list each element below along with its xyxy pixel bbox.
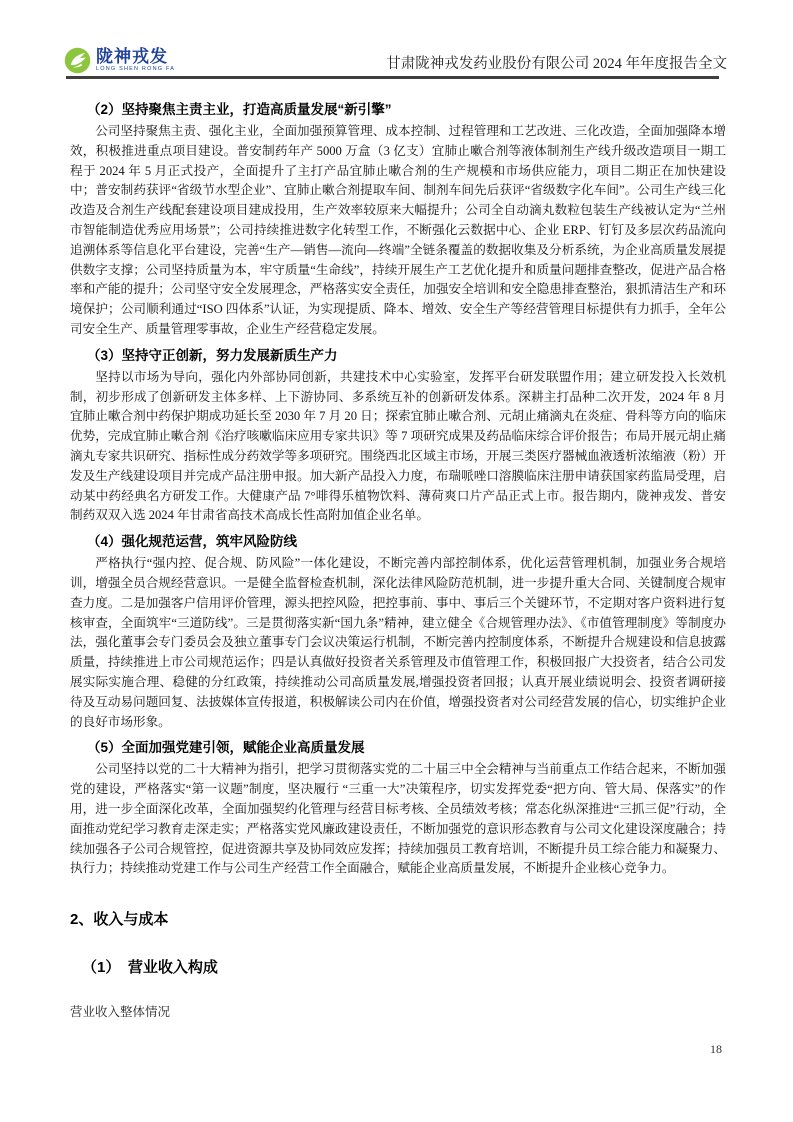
logo-icon bbox=[64, 47, 91, 74]
section-heading-focus-main-business: （2）坚持聚焦主责主业，打造高质量发展“新引擎” bbox=[70, 100, 726, 120]
section-paragraph-focus-main-business: 公司坚持聚焦主责、强化主业，全面加强预算管理、成本控制、过程管理和工艺改进、三化… bbox=[70, 122, 726, 340]
section-heading-party-building: （5）全面加强党建引领，赋能企业高质量发展 bbox=[70, 738, 726, 758]
header-divider bbox=[66, 76, 719, 79]
page-number: 18 bbox=[710, 1042, 722, 1056]
section-paragraph-party-building: 公司坚持以党的二十大精神为指引，把学习贯彻落实党的二十届三中全会精神与当前重点工… bbox=[70, 760, 726, 879]
logo-brand-subtitle: LONG SHEN RONG FA bbox=[96, 67, 175, 73]
revenue-overview-label: 营业收入整体情况 bbox=[70, 1003, 726, 1021]
page-footer: 18 bbox=[710, 1040, 722, 1058]
logo-brand-name: 陇神戎发 bbox=[96, 48, 175, 65]
report-title: 甘肃陇神戎发药业股份有限公司 2024 年年度报告全文 bbox=[386, 52, 727, 74]
section-heading-risk-control: （4）强化规范运营，筑牢风险防线 bbox=[70, 532, 726, 552]
company-logo: 陇神戎发 LONG SHEN RONG FA bbox=[64, 47, 175, 74]
section-heading-innovation: （3）坚持守正创新，努力发展新质生产力 bbox=[70, 346, 726, 366]
document-page: 陇神戎发 LONG SHEN RONG FA 甘肃陇神戎发药业股份有限公司 20… bbox=[0, 0, 793, 1122]
section-paragraph-risk-control: 严格执行“强内控、促合规、防风险”一体化建设，不断完善内部控制体系，优化运营管理… bbox=[70, 554, 726, 732]
revenue-composition-heading: （1） 营业收入构成 bbox=[70, 957, 726, 979]
revenue-cost-heading: 2、收入与成本 bbox=[70, 909, 726, 931]
logo-wordmark: 陇神戎发 LONG SHEN RONG FA bbox=[96, 48, 175, 73]
report-body: （2）坚持聚焦主责主业，打造高质量发展“新引擎” 公司坚持聚焦主责、强化主业，全… bbox=[70, 94, 726, 1021]
section-paragraph-innovation: 坚持以市场为导向，强化内外部协同创新，共建技术中心实验室，发挥平台研发联盟作用；… bbox=[70, 368, 726, 526]
page-header: 陇神戎发 LONG SHEN RONG FA 甘肃陇神戎发药业股份有限公司 20… bbox=[64, 44, 727, 74]
